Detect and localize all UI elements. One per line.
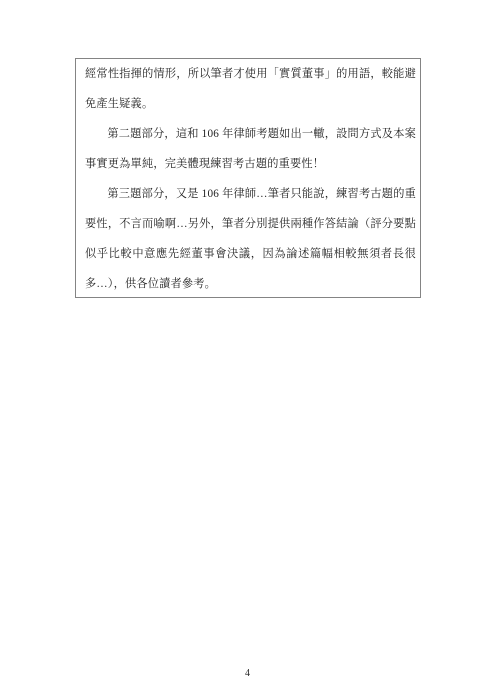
paragraph-3: 第三題部分，又是 106 年律師…筆者只能說，練習考古題的重要性，不言而喻啊…另… [85,179,416,299]
paragraph-2: 第二題部分，這和 106 年律師考題如出一轍，設問方式及本案事實更為單純，完美體… [85,119,416,179]
page-number: 4 [0,668,495,680]
document-page: 經常性指揮的情形，所以筆者才使用「實質董事」的用語，較能避免產生疑義。 第二題部… [0,0,495,700]
bordered-text-box: 經常性指揮的情形，所以筆者才使用「實質董事」的用語，較能避免產生疑義。 第二題部… [75,58,421,298]
paragraph-1: 經常性指揮的情形，所以筆者才使用「實質董事」的用語，較能避免產生疑義。 [85,59,416,119]
